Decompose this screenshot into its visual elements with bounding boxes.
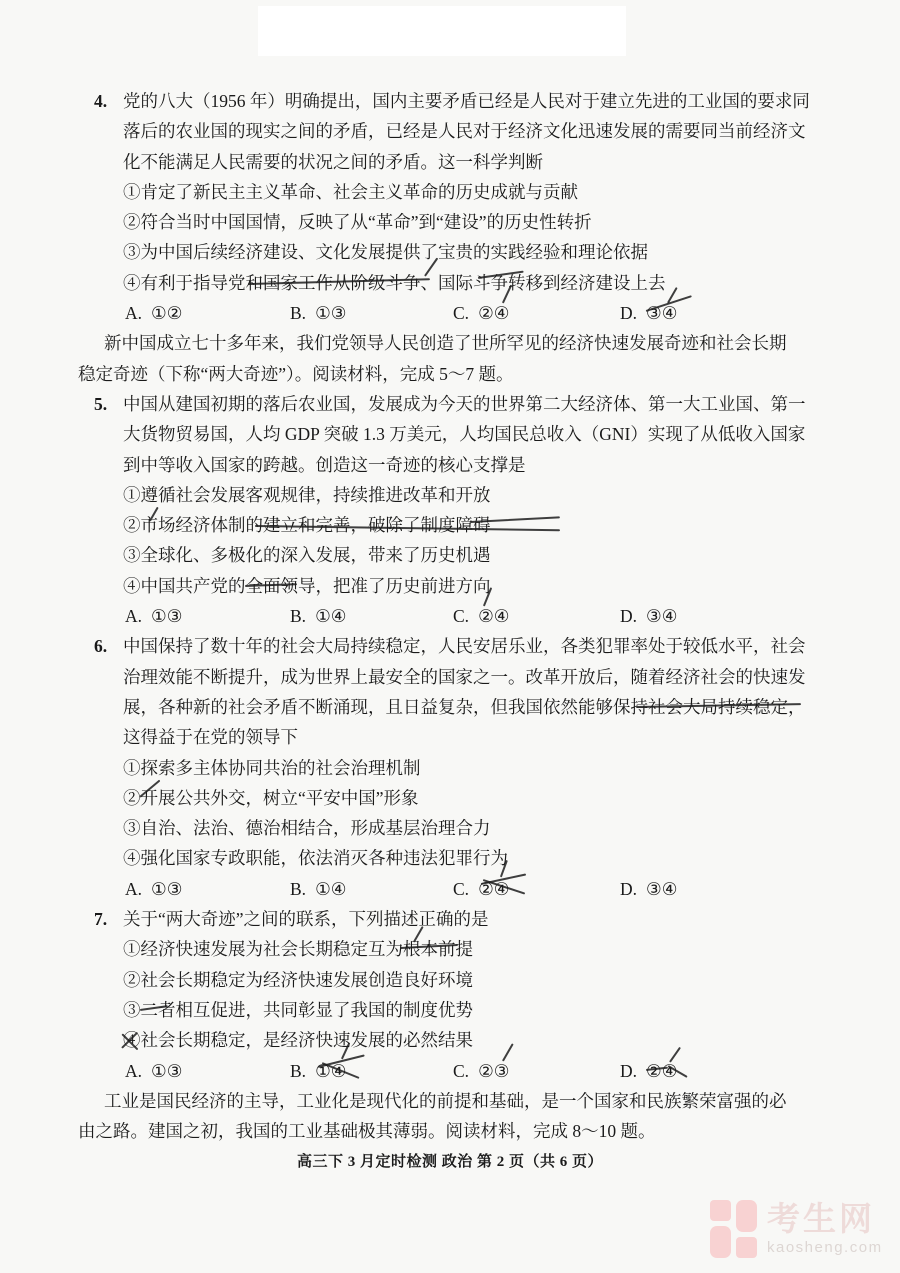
- options-row: A.①③ B.①④ C.②④ D.③④: [0, 874, 900, 904]
- exam-page: 4. 党的八大（1956 年）明确提出，国内主要矛盾已经是人民对于建立先进的工业…: [0, 0, 900, 1273]
- option-value: ①③: [315, 303, 346, 323]
- option-label: D.: [620, 1061, 637, 1081]
- item-line: ④中国共产党的全面领导，把准了历史前进方向: [0, 571, 900, 601]
- option-label: B.: [290, 303, 306, 323]
- stem-line: 治理效能不断提升，成为世界上最安全的国家之一。改革开放后，随着经济社会的快速发: [0, 662, 900, 692]
- option-value: ①③: [151, 1061, 182, 1081]
- option-value: ③④: [646, 303, 677, 323]
- item-line: ①肯定了新民主主义革命、社会主义革命的历史成就与贡献: [0, 177, 900, 207]
- option-label: D.: [620, 879, 637, 899]
- option-value: ①④: [315, 879, 346, 899]
- item-line: ①遵循社会发展客观规律，持续推进改革和开放: [0, 480, 900, 510]
- question-5: 5. 中国从建国初期的落后农业国，发展成为今天的世界第二大经济体、第一大工业国、…: [0, 389, 900, 631]
- passage-5-7: 新中国成立七十多年来，我们党领导人民创造了世所罕见的经济快速发展奇迹和社会长期 …: [0, 328, 900, 389]
- stem-line: 落后的农业国的现实之间的矛盾，已经是人民对于经济文化迅速发展的需要同当前经济文: [0, 116, 900, 146]
- question-number: 7.: [94, 904, 107, 934]
- option-label: B.: [290, 606, 306, 626]
- page-footer: 高三下 3 月定时检测 政治 第 2 页（共 6 页）: [0, 1150, 900, 1171]
- stem-line: 大货物贸易国，人均 GDP 突破 1.3 万美元，人均国民总收入（GNI）实现了…: [0, 419, 900, 449]
- passage-8-10: 工业是国民经济的主导，工业化是现代化的前提和基础，是一个国家和民族繁荣富强的必 …: [0, 1086, 900, 1147]
- option-value: ①④: [315, 606, 346, 626]
- question-7: 7. 关于“两大奇迹”之间的联系，下列描述正确的是 ①经济快速发展为社会长期稳定…: [0, 904, 900, 1086]
- item-line: ④强化国家专政职能，依法消灭各种违法犯罪行为: [0, 843, 900, 873]
- item-line: ④社会长期稳定，是经济快速发展的必然结果: [0, 1025, 900, 1055]
- item-text: ①经济快速发展为社会长期稳定互为根本前提: [123, 939, 473, 959]
- option-label: A.: [125, 606, 142, 626]
- option-value: ②③: [478, 1061, 509, 1081]
- option-label: D.: [620, 303, 637, 323]
- option-label: D.: [620, 606, 637, 626]
- option-value: ①③: [151, 879, 182, 899]
- option-value: ②④: [478, 879, 509, 899]
- page-content: 4. 党的八大（1956 年）明确提出，国内主要矛盾已经是人民对于建立先进的工业…: [0, 86, 900, 1146]
- item-text: ④有利于指导党和国家工作从阶级斗争、国际斗争转移到经济建设上去: [123, 273, 666, 293]
- option-value: ①②: [151, 303, 182, 323]
- option-value: ③④: [646, 606, 677, 626]
- item-text: ④社会长期稳定，是经济快速发展的必然结果: [123, 1030, 473, 1050]
- option-d: D.②④: [620, 1056, 677, 1086]
- stem-text: 中国保持了数十年的社会大局持续稳定，人民安居乐业，各类犯罪率处于较低水平，社会: [123, 636, 806, 656]
- stem-line: 到中等收入国家的跨越。创造这一奇迹的核心支撑是: [0, 450, 900, 480]
- option-value: ②④: [478, 606, 509, 626]
- option-c: C.②④: [453, 601, 509, 631]
- item-line: ①经济快速发展为社会长期稳定互为根本前提: [0, 934, 900, 964]
- passage-line: 新中国成立七十多年来，我们党领导人民创造了世所罕见的经济快速发展奇迹和社会长期: [0, 328, 900, 358]
- stem-text: 展，各种新的社会矛盾不断涌现，且日益复杂，但我国依然能够保持社会大局持续稳定，: [123, 697, 806, 717]
- item-text: ③二者相互促进，共同彰显了我国的制度优势: [123, 1000, 473, 1020]
- option-label: A.: [125, 879, 142, 899]
- stem-line: 7. 关于“两大奇迹”之间的联系，下列描述正确的是: [0, 904, 900, 934]
- option-value: ③④: [646, 879, 677, 899]
- option-b: B.①④: [290, 601, 346, 631]
- stem-line: 4. 党的八大（1956 年）明确提出，国内主要矛盾已经是人民对于建立先进的工业…: [0, 86, 900, 116]
- option-d: D.③④: [620, 298, 677, 328]
- stem-text: 中国从建国初期的落后农业国，发展成为今天的世界第二大经济体、第一大工业国、第一: [123, 394, 806, 414]
- blank-patch: [258, 6, 626, 56]
- option-a: A.①③: [125, 874, 182, 904]
- option-b: B.①④: [290, 874, 346, 904]
- option-label: C.: [453, 303, 469, 323]
- option-label: C.: [453, 606, 469, 626]
- item-line: ③自治、法治、德治相结合，形成基层治理合力: [0, 813, 900, 843]
- option-label: B.: [290, 1061, 306, 1081]
- kaosheng-logo-icon: [710, 1200, 757, 1258]
- item-line: ②市场经济体制的建立和完善，破除了制度障碍: [0, 510, 900, 540]
- option-a: A.①③: [125, 1056, 182, 1086]
- item-text: ②市场经济体制的建立和完善，破除了制度障碍: [123, 515, 491, 535]
- stem-line: 5. 中国从建国初期的落后农业国，发展成为今天的世界第二大经济体、第一大工业国、…: [0, 389, 900, 419]
- item-line: ①探索多主体协同共治的社会治理机制: [0, 753, 900, 783]
- option-b: B.①④: [290, 1056, 346, 1086]
- stem-line: 化不能满足人民需要的状况之间的矛盾。这一科学判断: [0, 147, 900, 177]
- item-text: ②开展公共外交，树立“平安中国”形象: [123, 788, 419, 808]
- option-value: ①④: [315, 1061, 346, 1081]
- option-value: ②④: [646, 1061, 677, 1081]
- options-row: A.①③ B.①④ C.②③ D.②④: [0, 1056, 900, 1086]
- watermark: 考生网 kaosheng.com: [710, 1200, 883, 1258]
- option-value: ②④: [478, 303, 509, 323]
- option-d: D.③④: [620, 874, 677, 904]
- item-line: ②符合当时中国国情，反映了从“革命”到“建设”的历史性转折: [0, 207, 900, 237]
- watermark-site-domain: kaosheng.com: [767, 1240, 883, 1255]
- question-6: 6. 中国保持了数十年的社会大局持续稳定，人民安居乐业，各类犯罪率处于较低水平，…: [0, 631, 900, 904]
- question-4: 4. 党的八大（1956 年）明确提出，国内主要矛盾已经是人民对于建立先进的工业…: [0, 86, 900, 328]
- stem-text: 关于“两大奇迹”之间的联系，下列描述正确的是: [123, 909, 489, 929]
- question-number: 5.: [94, 389, 107, 419]
- options-row: A.①③ B.①④ C.②④ D.③④: [0, 601, 900, 631]
- stem-line: 展，各种新的社会矛盾不断涌现，且日益复杂，但我国依然能够保持社会大局持续稳定，: [0, 692, 900, 722]
- option-d: D.③④: [620, 601, 677, 631]
- option-c: C.②④: [453, 298, 509, 328]
- option-a: A.①②: [125, 298, 182, 328]
- question-number: 4.: [94, 86, 107, 116]
- item-line: ③全球化、多极化的深入发展，带来了历史机遇: [0, 540, 900, 570]
- option-b: B.①③: [290, 298, 346, 328]
- stem-line: 这得益于在党的领导下: [0, 722, 900, 752]
- option-c: C.②④: [453, 874, 509, 904]
- option-value: ①③: [151, 606, 182, 626]
- item-line: ③为中国后续经济建设、文化发展提供了宝贵的实践经验和理论依据: [0, 237, 900, 267]
- passage-line: 由之路。建国之初，我国的工业基础极其薄弱。阅读材料，完成 8～10 题。: [0, 1116, 900, 1146]
- options-row: A.①② B.①③ C.②④ D.③④: [0, 298, 900, 328]
- passage-line: 稳定奇迹（下称“两大奇迹”）。阅读材料，完成 5～7 题。: [0, 359, 900, 389]
- item-line: ②社会长期稳定为经济快速发展创造良好环境: [0, 965, 900, 995]
- item-text: ④中国共产党的全面领导，把准了历史前进方向: [123, 576, 491, 596]
- option-label: A.: [125, 1061, 142, 1081]
- passage-line: 工业是国民经济的主导，工业化是现代化的前提和基础，是一个国家和民族繁荣富强的必: [0, 1086, 900, 1116]
- option-label: C.: [453, 1061, 469, 1081]
- item-line: ③二者相互促进，共同彰显了我国的制度优势: [0, 995, 900, 1025]
- option-a: A.①③: [125, 601, 182, 631]
- option-c: C.②③: [453, 1056, 509, 1086]
- item-line: ②开展公共外交，树立“平安中国”形象: [0, 783, 900, 813]
- item-line: ④有利于指导党和国家工作从阶级斗争、国际斗争转移到经济建设上去: [0, 268, 900, 298]
- watermark-site-name: 考生网: [767, 1204, 883, 1237]
- question-number: 6.: [94, 631, 107, 661]
- option-label: C.: [453, 879, 469, 899]
- stem-line: 6. 中国保持了数十年的社会大局持续稳定，人民安居乐业，各类犯罪率处于较低水平，…: [0, 631, 900, 661]
- option-label: A.: [125, 303, 142, 323]
- option-label: B.: [290, 879, 306, 899]
- stem-text: 党的八大（1956 年）明确提出，国内主要矛盾已经是人民对于建立先进的工业国的要…: [123, 91, 810, 111]
